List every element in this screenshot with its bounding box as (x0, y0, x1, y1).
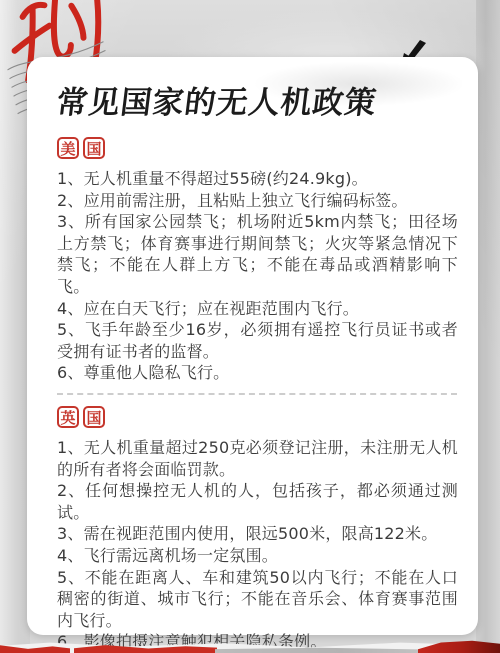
list-item: 2、应用前需注册，且粘贴上独立飞行编码标签。 (57, 190, 458, 212)
list-item: 5、不能在距离人、车和建筑50以内飞行；不能在人口稠密的街道、城市飞行；不能在音… (57, 567, 458, 632)
uk-label: 英国 (57, 406, 456, 430)
list-item: 5、飞手年龄至少16岁，必须拥有遥控飞行员证书或者受拥有证书者的监督。 (57, 319, 458, 362)
section-uk: 英国 1、无人机重量超过250克必须登记注册，未注册无人机的所有者将会面临罚款。… (57, 406, 456, 653)
usa-label-char: 国 (83, 137, 105, 159)
section-divider (57, 393, 457, 395)
usa-rules-list: 1、无人机重量不得超过55磅(约24.9kg)。 2、应用前需注册，且粘贴上独立… (57, 168, 458, 384)
uk-label-char: 英 (57, 406, 79, 428)
list-item: 1、无人机重量不得超过55磅(约24.9kg)。 (57, 168, 458, 190)
page-title: 常见国家的无人机政策 (54, 77, 459, 122)
background-right-shade (476, 0, 500, 653)
list-item: 3、需在视距范围内使用，限远500米，限高122米。 (57, 523, 458, 545)
policy-card: 常见国家的无人机政策 美国 1、无人机重量不得超过55磅(约24.9kg)。 2… (27, 57, 478, 635)
uk-label-char: 国 (83, 406, 105, 428)
list-item: 6、尊重他人隐私飞行。 (57, 362, 458, 384)
torn-paper-strip (0, 631, 500, 653)
uk-rules-list: 1、无人机重量超过250克必须登记注册，未注册无人机的所有者将会面临罚款。 2、… (57, 437, 458, 653)
list-item: 3、所有国家公园禁飞；机场附近5km内禁飞；田径场上方禁飞；体育赛事进行期间禁飞… (57, 211, 458, 297)
list-item: 4、飞行需远离机场一定氛围。 (57, 545, 458, 567)
list-item: 4、应在白天飞行；应在视距范围内飞行。 (57, 298, 458, 320)
list-item: 1、无人机重量超过250克必须登记注册，未注册无人机的所有者将会面临罚款。 (57, 437, 458, 480)
usa-label: 美国 (57, 137, 456, 161)
section-usa: 美国 1、无人机重量不得超过55磅(约24.9kg)。 2、应用前需注册，且粘贴… (57, 137, 456, 384)
list-item: 2、任何想操控无人机的人，包括孩子，都必须通过测试。 (57, 480, 458, 523)
usa-label-char: 美 (57, 137, 79, 159)
